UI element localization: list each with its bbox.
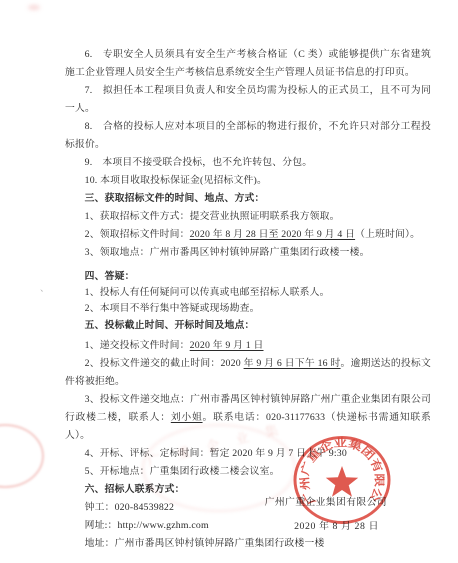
text-segment: 2、投标文件递交的截止时间：2020: [85, 358, 244, 369]
text-segment: 1、投标人有任何疑问可以传真或电邮至招标人联系人。: [85, 287, 330, 298]
text-segment: 1、获取招标文件方式：提交营业执照证明联系我方领取。: [85, 211, 340, 222]
text-segment: 10. 本项目收取投标保证金(见招标文件)。: [85, 175, 267, 186]
s5-item-2: 2、投标文件递交的截止时间：2020 年 9 月 6 日下午 16 时。逾期送达…: [65, 355, 431, 391]
text-segment: 1、递交投标文件时间：: [85, 340, 190, 351]
item-8: 8. 合格的投标人应对本项目的全部标的物进行报价，不允许只对部分工程投标报价。: [65, 118, 431, 154]
text-segment: 2、本项目不举行集中答疑或现场勘查。: [85, 303, 260, 314]
text-segment: 7. 拟担任本工程项目负责人和安全员均需为投标人的正式员工，且不可为同一人。: [65, 85, 431, 114]
text-segment: 2、领取招标文件时间：: [85, 229, 190, 240]
text-segment: 9. 本项目不接受联合投标，也不允许转包、分包。: [85, 157, 313, 168]
underlined-text: 2020 年 8 月 28 日至 2020 年 9 月 4 日: [190, 229, 355, 240]
text-segment: 5、开标地点：广重集团行政楼二楼会议室。: [85, 466, 280, 477]
scan-artifact-comma: 、: [40, 281, 49, 294]
text-segment: 地址：广州市番禺区钟村镇钟屏路广重集团行政楼一楼: [85, 538, 325, 549]
text-segment: 8. 合格的投标人应对本项目的全部标的物进行报价，不允许只对部分工程投标报价。: [65, 121, 431, 150]
seal-ghost-mark-left: [0, 424, 44, 488]
item-7: 7. 拟担任本工程项目负责人和安全员均需为投标人的正式员工，且不可为同一人。: [65, 82, 431, 118]
s3-item-1: 1、获取招标文件方式：提交营业执照证明联系我方领取。: [65, 208, 431, 226]
text-segment: 6. 专职安全人员须具有安全生产考核合格证（C 类）或能够提供广东省建筑施工企业…: [65, 49, 431, 78]
s5-item-1: 1、递交投标文件时间：2020 年 9 月 1 日: [65, 337, 431, 355]
scan-smudge: [28, 5, 40, 10]
underlined-text: 年 9 月 6 日下午 16 时: [244, 358, 341, 369]
text-segment: 3、领取地点：广州市番禺区钟村镇钟屏路广重集团行政楼一楼。: [85, 247, 370, 258]
underlined-text: 刘小姐: [171, 412, 203, 423]
text-segment: 四、答疑：: [85, 271, 135, 282]
seal-star-icon: [326, 466, 358, 497]
s3-item-3: 3、领取地点：广州市番禺区钟村镇钟屏路广重集团行政楼一楼。: [65, 244, 431, 262]
section-4-heading: 四、答疑：: [65, 269, 431, 285]
contact-address: 地址：广州市番禺区钟村镇钟屏路广重集团行政楼一楼: [65, 535, 431, 553]
s4-item-1: 1、投标人有任何疑问可以传真或电邮至招标人联系人。: [65, 285, 431, 301]
underlined-text: 2020 年 9 月 1 日: [190, 340, 264, 351]
item-10: 10. 本项目收取投标保证金(见招标文件)。: [65, 172, 431, 190]
company-seal: 广州广重企业集团有限公司: [291, 434, 393, 528]
s4-item-2: 2、本项目不举行集中答疑或现场勘查。: [65, 301, 431, 317]
s3-item-2: 2、领取招标文件时间：2020 年 8 月 28 日至 2020 年 9 月 4…: [65, 226, 431, 244]
text-segment: （上班时间）。: [355, 229, 420, 240]
text-segment: 五、投标截止时间、开标时间及地点：: [85, 320, 255, 331]
section-5-heading: 五、投标截止时间、开标时间及地点：: [65, 317, 431, 335]
item-9: 9. 本项目不接受联合投标，也不允许转包、分包。: [65, 154, 431, 172]
text-segment: 三、获取招标文件的时间、地点、方式：: [85, 193, 265, 204]
item-6: 6. 专职安全人员须具有安全生产考核合格证（C 类）或能够提供广东省建筑施工企业…: [65, 46, 431, 82]
seal-arc-text: 广州广重企业集团有限公司: [291, 434, 387, 507]
section-3-heading: 三、获取招标文件的时间、地点、方式：: [65, 190, 431, 208]
